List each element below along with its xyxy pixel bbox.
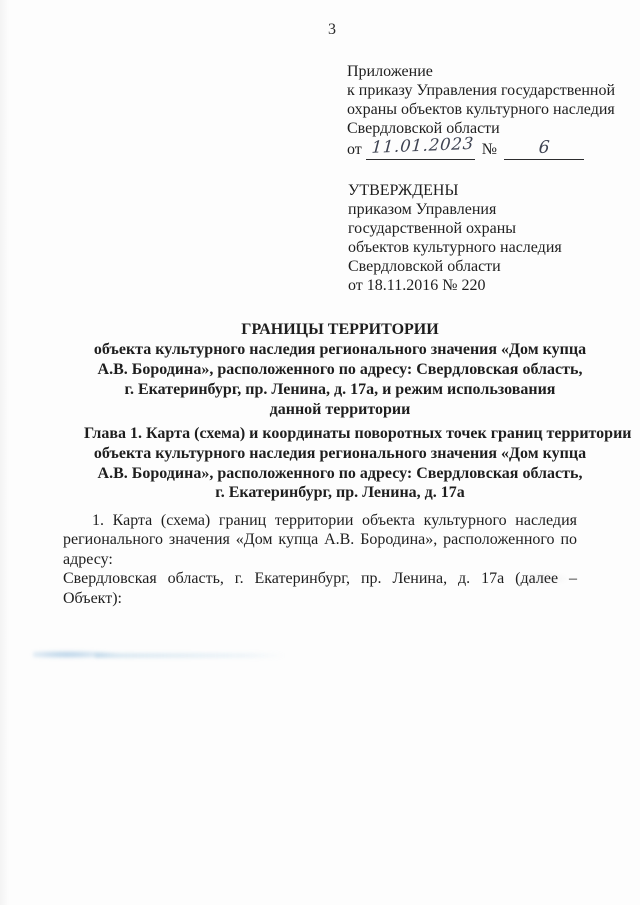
number-sign-label: № [482, 141, 497, 158]
document-title: ГРАНИЦЫ ТЕРРИТОРИИобъекта культурного на… [84, 320, 596, 420]
page-number: 3 [0, 21, 640, 39]
number-underline: 6 [504, 140, 584, 160]
body-paragraph: 1. Карта (схема) границ территории объек… [63, 511, 577, 608]
text-line: государственной охраны [348, 219, 628, 238]
text-line: к приказу Управления государственной [347, 81, 627, 100]
document-title-lines: ГРАНИЦЫ ТЕРРИТОРИИобъекта культурного на… [84, 320, 596, 420]
appendix-block: Приложениек приказу Управления государст… [347, 62, 627, 160]
handwritten-date: 11.01.2023 [366, 134, 475, 157]
scan-artifact-blue-smudge-tail [95, 653, 285, 658]
signature-date-row: от11.01.2023№6 [347, 139, 627, 160]
text-line: приказом Управления [348, 200, 628, 219]
text-line: ГРАНИЦЫ ТЕРРИТОРИИ [84, 320, 596, 340]
text-line: объекта культурного наследия регионально… [84, 444, 596, 464]
text-line: А.В. Бородина», расположенного по адресу… [84, 360, 596, 380]
appendix-lines: Приложениек приказу Управления государст… [347, 62, 627, 138]
scan-edge-shadow [0, 0, 9, 905]
text-line: Приложение [347, 62, 627, 81]
text-line: регионального значения «Дом купца А.В. Б… [63, 530, 577, 569]
chapter-heading: Глава 1. Карта (схема) и координаты пово… [84, 424, 596, 503]
text-line: г. Екатеринбург, пр. Ленина, д. 17а, и р… [84, 380, 596, 400]
handwritten-number: 6 [538, 138, 551, 158]
text-line: от 18.11.2016 № 220 [348, 276, 628, 295]
text-line: объекта культурного наследия регионально… [84, 340, 596, 360]
document-page: 3 Приложениек приказу Управления государ… [0, 0, 640, 905]
text-line: УТВЕРЖДЕНЫ [348, 181, 628, 200]
text-line: 1. Карта (схема) границ территории объек… [63, 511, 577, 530]
text-line: объектов культурного наследия [348, 238, 628, 257]
approval-block: УТВЕРЖДЕНЫприказом Управлениягосударстве… [348, 181, 628, 295]
from-label: от [347, 141, 362, 158]
text-line: охраны объектов культурного наследия [347, 100, 627, 119]
text-line: Свердловской области [348, 257, 628, 276]
scan-artifact-gray-smudge [519, 571, 569, 586]
date-underline: 11.01.2023 [366, 139, 475, 160]
text-line: Свердловская область, г. Екатеринбург, п… [63, 569, 577, 608]
text-line: Свердловской области [347, 119, 627, 138]
text-line: Глава 1. Карта (схема) и координаты пово… [84, 424, 596, 444]
text-line: А.В. Бородина», расположенного по адресу… [84, 464, 596, 484]
text-line: данной территории [84, 400, 596, 420]
text-line: г. Екатеринбург, пр. Ленина, д. 17а [84, 483, 596, 503]
chapter-heading-lines: Глава 1. Карта (схема) и координаты пово… [84, 424, 596, 503]
approval-lines: УТВЕРЖДЕНЫприказом Управлениягосударстве… [348, 181, 628, 295]
